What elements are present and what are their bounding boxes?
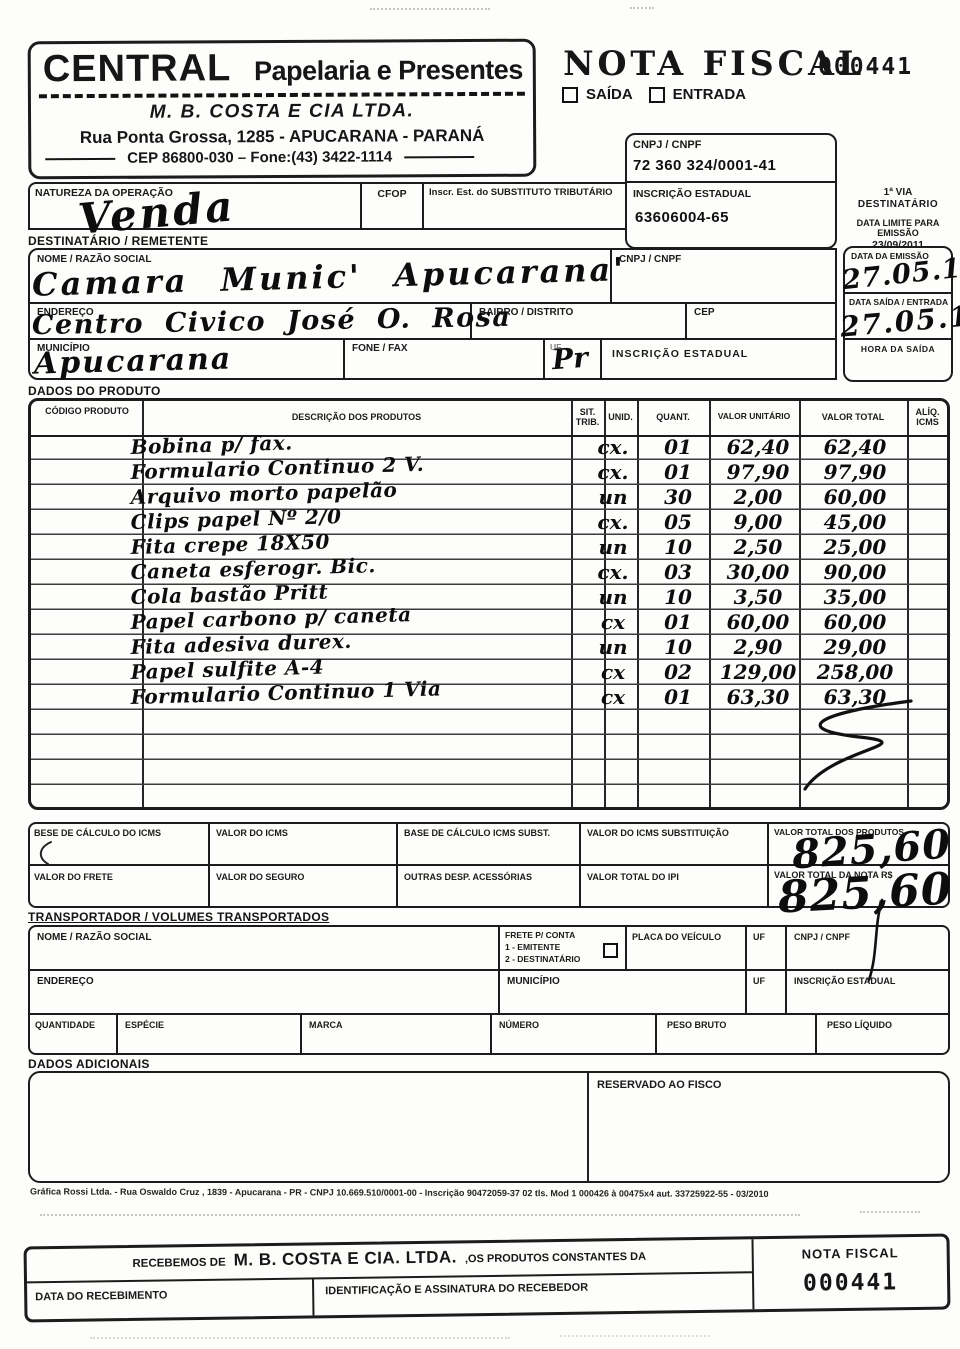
left-rule (45, 157, 115, 159)
product-quantity: 01 (644, 685, 712, 709)
transp-uf1-label: UF (753, 932, 765, 942)
product-row: Papel carbono p/ caneta cx 01 60,00 60,0… (31, 610, 947, 635)
company-name: CENTRAL (43, 47, 232, 91)
produtos-header-row: CÓDIGO PRODUTO DESCRIÇÃO DOS PRODUTOS SI… (31, 401, 947, 437)
product-total-value: 29,00 (804, 635, 906, 659)
via-line2: DESTINATÁRIO (843, 199, 953, 211)
frete-opt1-label: 1 - EMITENTE (505, 943, 560, 953)
placa-label: PLACA DO VEÍCULO (632, 932, 721, 942)
stub-nota-number: 000441 (754, 1269, 947, 1298)
cep-box: CEP (685, 302, 837, 340)
product-unit: cx (584, 610, 642, 634)
scan-noise-bottom2 (560, 1335, 710, 1337)
receipt-stub: RECEBEMOS DE M. B. COSTA E CIA. LTDA. ,O… (24, 1234, 951, 1323)
produtos-section-label: DADOS DO PRODUTO (28, 384, 161, 398)
valor-subst-label: VALOR DO ICMS SUBSTITUIÇÃO (587, 828, 729, 838)
product-quantity: 02 (644, 660, 712, 684)
hora-saida-label: HORA DA SAÍDA (845, 345, 951, 355)
ipi-box: VALOR TOTAL DO IPI (579, 864, 769, 908)
uf-handwriting: Pr (551, 341, 589, 376)
stub-right: NOTA FISCAL 000441 (751, 1237, 947, 1310)
product-quantity: 10 (644, 535, 712, 559)
numero-box: NÚMERO (490, 1013, 657, 1055)
transp-cnpj-label: CNPJ / CNPF (794, 932, 850, 942)
subst-label: Inscr. Est. do SUBSTITUTO TRIBUTÁRIO (429, 188, 613, 199)
entrada-checkbox (649, 87, 665, 103)
product-quantity: 01 (644, 435, 712, 459)
product-unit: cx. (584, 435, 642, 459)
stub-left: RECEBEMOS DE M. B. COSTA E CIA. LTDA. ,O… (27, 1239, 753, 1319)
peso-liquido-label: PESO LÍQUIDO (827, 1020, 892, 1030)
recebemos-prefix: RECEBEMOS DE (132, 1257, 225, 1270)
product-unit: un (584, 535, 642, 559)
seguro-label: VALOR DO SEGURO (216, 872, 304, 882)
perforation-line2 (860, 1211, 920, 1213)
transp-municipio-label: MUNICÍPIO (507, 976, 560, 988)
base-subst-label: BASE DE CÁLCULO ICMS SUBST. (404, 828, 550, 838)
saida-label: SAÍDA (586, 86, 633, 103)
ie-value: 63606004-65 (635, 209, 729, 226)
emitente-ie-box: INSCRIÇÃO ESTADUAL 63606004-65 (625, 181, 837, 249)
data-recebimento-label: DATA DO RECEBIMENTO (35, 1289, 167, 1303)
product-unit: un (584, 635, 642, 659)
product-row: Formulario Continuo 2 V. cx. 01 97,90 97… (31, 460, 947, 485)
peso-liquido-box: PESO LÍQUIDO (815, 1013, 950, 1055)
saida-checkbox (562, 87, 578, 103)
outras-label: OUTRAS DESP. ACESSÓRIAS (404, 872, 532, 882)
via-line1: 1ª VIA (843, 187, 953, 199)
company-cep-fone: CEP 86800-030 – Fone:(43) 3422-1114 (127, 148, 392, 166)
placa-box: PLACA DO VEÍCULO (625, 925, 747, 971)
stub-divider-v (312, 1277, 315, 1315)
transp-uf2-label: UF (753, 976, 765, 986)
frete-label: VALOR DO FRETE (34, 872, 113, 882)
fone-box: FONE / FAX (343, 338, 545, 380)
scan-noise-bottom (90, 1337, 510, 1339)
product-quantity: 01 (644, 610, 712, 634)
valor-subst-box: VALOR DO ICMS SUBSTITUIÇÃO (579, 822, 769, 866)
product-row: Clips papel Nº 2/0 cx. 05 9,00 45,00 (31, 510, 947, 535)
dest-ie-label: INSCRIÇÃO ESTADUAL (612, 348, 748, 360)
transp-uf1-box: UF (745, 925, 787, 971)
cnpj-label: CNPJ / CNPF (633, 139, 701, 152)
dest-cnpj-box: CNPJ / CNPF (610, 248, 837, 304)
product-unit-value: 30,00 (714, 560, 802, 584)
product-total-value: 90,00 (804, 560, 906, 584)
printer-fine-print: Gráfica Rossi Ltda. - Rua Oswaldo Cruz ,… (30, 1186, 950, 1199)
valor-icms-label: VALOR DO ICMS (216, 828, 288, 838)
reservado-fisco-label: RESERVADO AO FISCO (597, 1079, 721, 1092)
cnpj-value: 72 360 324/0001-41 (633, 157, 776, 174)
product-row: Bobina p/ fax. cx. 01 62,40 62,40 (31, 435, 947, 460)
product-total-value: 45,00 (804, 510, 906, 534)
valor-icms-box: VALOR DO ICMS (208, 822, 398, 866)
data-limite-label: DATA LIMITE PARA EMISSÃO (853, 218, 943, 239)
hora-saida-box: HORA DA SAÍDA (843, 338, 953, 382)
frete-conta-box: FRETE P/ CONTA 1 - EMITENTE 2 - DESTINAT… (498, 925, 627, 971)
marca-label: MARCA (309, 1020, 343, 1030)
transp-nome-label: NOME / RAZÃO SOCIAL (37, 932, 151, 944)
product-unit: un (584, 485, 642, 509)
product-unit-value: 62,40 (714, 435, 802, 459)
especie-label: ESPÉCIE (125, 1020, 164, 1030)
adicionais-divider (587, 1073, 589, 1181)
product-quantity: 10 (644, 635, 712, 659)
product-unit-value: 97,90 (714, 460, 802, 484)
quantidade-label: QUANTIDADE (35, 1020, 95, 1030)
product-total-value: 60,00 (804, 610, 906, 634)
transportador-section-label: TRANSPORTADOR / VOLUMES TRANSPORTADOS (28, 910, 329, 924)
product-row: Papel sulfite A-4 cx 02 129,00 258,00 (31, 660, 947, 685)
adicionais-section-label: DADOS ADICIONAIS (28, 1057, 150, 1071)
product-row: Fita adesiva durex. un 10 2,90 29,00 (31, 635, 947, 660)
stub-nota-label: NOTA FISCAL (754, 1245, 947, 1263)
marca-box: MARCA (300, 1013, 492, 1055)
product-unit-value: 2,50 (714, 535, 802, 559)
header-aliq-icms: ALÍQ. ICMS (908, 407, 947, 428)
header-valor-total: VALOR TOTAL (799, 412, 907, 422)
product-unit: un (584, 585, 642, 609)
peso-bruto-label: PESO BRUTO (667, 1020, 726, 1030)
scan-noise-top (370, 8, 490, 10)
ipi-label: VALOR TOTAL DO IPI (587, 872, 679, 882)
transp-endereco-box: ENDEREÇO (28, 969, 500, 1015)
scan-noise-top2 (630, 7, 654, 9)
product-unit: cx. (584, 560, 642, 584)
product-total-value: 35,00 (804, 585, 906, 609)
header-descricao: DESCRIÇÃO DOS PRODUTOS (142, 412, 571, 422)
stub-company: M. B. COSTA E CIA. LTDA. (234, 1247, 457, 1270)
header-quant: QUANT. (637, 412, 709, 422)
product-unit: cx. (584, 510, 642, 534)
transp-endereco-label: ENDEREÇO (37, 976, 94, 988)
product-unit: cx (584, 660, 642, 684)
product-unit-value: 2,00 (714, 485, 802, 509)
product-total-value: 25,00 (804, 535, 906, 559)
perforation-line (40, 1214, 800, 1216)
product-quantity: 05 (644, 510, 712, 534)
via-block: 1ª VIA DESTINATÁRIO DATA LIMITE PARA EMI… (843, 187, 953, 251)
product-quantity: 01 (644, 460, 712, 484)
product-unit-value: 60,00 (714, 610, 802, 634)
pen-flourish (773, 693, 923, 798)
cep-label: CEP (694, 307, 715, 319)
product-unit-value: 9,00 (714, 510, 802, 534)
municipio-handwriting: Apucarana (34, 341, 233, 381)
entrada-label: ENTRADA (673, 86, 746, 103)
dest-cnpj-label: CNPJ / CNPF (619, 254, 681, 266)
numero-label: NÚMERO (499, 1020, 539, 1030)
adicionais-box: RESERVADO AO FISCO (28, 1071, 950, 1183)
product-unit-value: 129,00 (714, 660, 802, 684)
base-subst-box: BASE DE CÁLCULO ICMS SUBST. (396, 822, 581, 866)
especie-box: ESPÉCIE (116, 1013, 302, 1055)
product-unit-value: 3,50 (714, 585, 802, 609)
ie-label: INSCRIÇÃO ESTADUAL (633, 188, 751, 200)
transp-nome-box: NOME / RAZÃO SOCIAL (28, 925, 500, 971)
right-rule (404, 155, 474, 157)
frete-conta-label: FRETE P/ CONTA (505, 931, 575, 941)
cfop-label: CFOP (362, 188, 422, 200)
frete-opt2-label: 2 - DESTINATÁRIO (505, 955, 580, 965)
product-description: Bobina p/ fax. (130, 430, 293, 459)
recebemos-suffix: ,OS PRODUTOS CONSTANTES DA (465, 1251, 646, 1266)
quantidade-box: QUANTIDADE (28, 1013, 118, 1055)
stray-pen-mark (34, 840, 56, 866)
company-header-box: CENTRAL Papelaria e Presentes M. B. COST… (28, 39, 537, 180)
header-unid: UNID. (605, 412, 636, 422)
outras-box: OUTRAS DESP. ACESSÓRIAS (396, 864, 581, 908)
product-row: Cola bastão Pritt un 10 3,50 35,00 (31, 585, 947, 610)
company-tagline: Papelaria e Presentes (254, 55, 523, 87)
produtos-table: CÓDIGO PRODUTO DESCRIÇÃO DOS PRODUTOS SI… (28, 398, 950, 810)
product-quantity: 03 (644, 560, 712, 584)
frete-conta-checkbox (603, 943, 618, 958)
pen-tail-mark (862, 898, 892, 983)
product-unit: cx (584, 685, 642, 709)
product-total-value: 60,00 (804, 485, 906, 509)
frete-box: VALOR DO FRETE (28, 864, 210, 908)
nota-number: 000441 (818, 54, 913, 80)
stub-divider-h (27, 1271, 752, 1283)
product-row: Arquivo morto papelão un 30 2,00 60,00 (31, 485, 947, 510)
peso-bruto-box: PESO BRUTO (655, 1013, 817, 1055)
transp-municipio-box: MUNICÍPIO (498, 969, 747, 1015)
dashed-rule (39, 92, 525, 99)
product-unit: cx. (584, 460, 642, 484)
base-icms-label: BESE DE CÁLCULO DO ICMS (34, 828, 161, 838)
product-row: Caneta esferogr. Bic. cx. 03 30,00 90,00 (31, 560, 947, 585)
seguro-box: VALOR DO SEGURO (208, 864, 398, 908)
product-total-value: 258,00 (804, 660, 906, 684)
header-sit-trib: SIT. TRIB. (572, 407, 603, 428)
transp-uf2-box: UF (745, 969, 787, 1015)
dest-ie-box: INSCRIÇÃO ESTADUAL (600, 338, 837, 380)
company-legal-name: M. B. COSTA E CIA LTDA. (31, 100, 533, 125)
emitente-cnpj-box: CNPJ / CNPF 72 360 324/0001-41 (625, 133, 837, 183)
header-codigo: CÓDIGO PRODUTO (33, 406, 141, 416)
company-address: Rua Ponta Grossa, 1285 - APUCARANA - PAR… (31, 126, 533, 149)
product-row: Fita crepe 18X50 un 10 2,50 25,00 (31, 535, 947, 560)
product-quantity: 30 (644, 485, 712, 509)
identificacao-label: IDENTIFICAÇÃO E ASSINATURA DO RECEBEDOR (325, 1282, 588, 1298)
product-unit-value: 2,90 (714, 635, 802, 659)
product-total-value: 62,40 (804, 435, 906, 459)
product-quantity: 10 (644, 585, 712, 609)
header-valor-unitario: VALOR UNITÁRIO (709, 412, 799, 422)
fone-label: FONE / FAX (352, 343, 408, 355)
nota-fiscal-scan: CENTRAL Papelaria e Presentes M. B. COST… (0, 0, 960, 1349)
subst-box: Inscr. Est. do SUBSTITUTO TRIBUTÁRIO (422, 182, 627, 230)
product-total-value: 97,90 (804, 460, 906, 484)
cfop-box: CFOP (360, 182, 424, 230)
